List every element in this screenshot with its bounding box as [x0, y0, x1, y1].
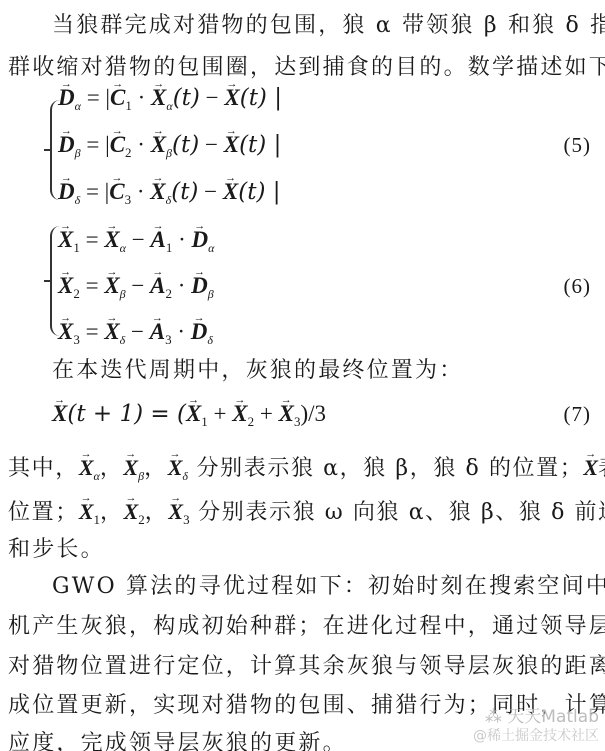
paragraph-1-line-1: 当狼群完成对猎物的包围，狼 α 带领狼 β 和狼 δ 指导狼 — [52, 12, 597, 40]
comma: ， — [100, 456, 124, 481]
minus-operator: − — [126, 273, 150, 298]
dot-operator: · — [172, 227, 191, 252]
paragraph-4-line-2: 机产生灰狼，构成初始种群；在进化过程中，通过领导层灰狼 — [8, 613, 597, 641]
text: 表示灰狼 — [598, 456, 605, 481]
vector-x: X — [52, 400, 67, 428]
subscript: α — [208, 241, 214, 255]
equals-sign: = — [80, 227, 104, 252]
vector-c: C — [109, 178, 124, 206]
vector-x: X — [168, 454, 183, 482]
dot-operator: · — [131, 179, 150, 204]
watermark-brand: ⁂ 天天Matlab — [473, 707, 599, 727]
vector-x: X — [279, 400, 294, 428]
vector-x: X — [79, 498, 94, 526]
vector-x: X — [224, 131, 239, 159]
vector-x: X — [583, 454, 598, 482]
dot-operator: · — [172, 319, 191, 344]
vector-x: X — [104, 226, 119, 254]
paragraph-3-line-2: 位置；X1，X2，X3 分别表示狼 ω 向狼 α、狼 β、狼 δ 前进的方向 — [8, 498, 597, 534]
vector-x: X — [223, 178, 238, 206]
vector-d: D — [191, 318, 208, 346]
vector-x: X — [232, 400, 247, 428]
equals-sign: = — [80, 273, 104, 298]
time-arg-abs: (t) | — [238, 179, 280, 205]
vector-d: D — [58, 178, 75, 206]
vector-x: X — [123, 454, 138, 482]
time-arg-abs: (t) | — [240, 85, 282, 111]
text: 其中， — [8, 456, 79, 481]
vector-x: X — [124, 498, 139, 526]
vector-d: D — [58, 84, 75, 112]
vector-x: X — [186, 400, 201, 428]
paragraph-4-line-1: GWO 算法的寻优过程如下：初始时刻在搜索空间中随 — [52, 573, 597, 601]
equation-number-6: (6) — [564, 272, 592, 300]
plus-operator: + — [254, 401, 278, 426]
equals-abs: = | — [81, 85, 110, 110]
comma: ， — [100, 500, 124, 525]
dot-operator: · — [132, 132, 151, 157]
vector-c: C — [110, 131, 125, 159]
eq5-row-2: Dβ = |C2 · Xβ(t) − X(t) | — [58, 131, 281, 167]
vector-x: X — [151, 84, 166, 112]
vector-x: X — [79, 454, 94, 482]
paragraph-1-line-2: 群收缩对猎物的包围圈，达到捕食的目的。数学描述如下： — [8, 54, 597, 82]
brace-tip-eq6 — [44, 280, 52, 282]
vector-x: X — [224, 84, 239, 112]
text: 分别表示狼 α，狼 β，狼 δ 的位置； — [188, 456, 583, 481]
minus-operator: − — [198, 179, 222, 204]
paragraph-2: 在本迭代周期中，灰狼的最终位置为： — [52, 357, 597, 385]
eq6-row-2: X2 = Xβ − A2 · Dβ — [58, 272, 214, 308]
vector-x: X — [104, 318, 119, 346]
eq6-row-3: X3 = Xδ − A3 · Dδ — [58, 318, 213, 354]
eq7-tail: )/3 — [300, 401, 326, 426]
text: 位置； — [8, 500, 79, 525]
subscript: δ — [207, 333, 213, 347]
vector-d: D — [191, 226, 208, 254]
equals-abs: = | — [80, 179, 109, 204]
comma: ， — [144, 456, 168, 481]
subscript: β — [208, 287, 214, 301]
eq5-row-1: Dα = |C1 · Xα(t) − X(t) | — [58, 84, 282, 120]
vector-a: A — [150, 272, 165, 300]
vector-d: D — [191, 272, 208, 300]
eq6-row-1: X1 = Xα − A1 · Dα — [58, 226, 214, 262]
vector-x: X — [104, 272, 119, 300]
vector-d: D — [58, 131, 75, 159]
vector-c: C — [110, 84, 125, 112]
vector-x: X — [150, 178, 165, 206]
vector-x: X — [151, 131, 166, 159]
equation-number-5: (5) — [564, 131, 592, 159]
time-arg: (t) — [173, 85, 200, 111]
minus-operator: − — [125, 319, 149, 344]
plus-operator: + — [208, 401, 232, 426]
watermark: ⁂ 天天Matlab @稀土掘金技术社区 — [473, 707, 599, 745]
dot-operator: · — [132, 85, 151, 110]
vector-a: A — [150, 318, 165, 346]
time-arg-abs: (t) | — [239, 132, 281, 158]
equals-sign: = — [80, 319, 104, 344]
paragraph-3-line-3: 和步长。 — [8, 536, 597, 564]
vector-a: A — [150, 226, 165, 254]
brace-tip-eq5 — [44, 149, 52, 151]
time-arg: (t) — [171, 179, 198, 205]
comma: ， — [145, 500, 169, 525]
eq7-lhs-arg: (t + 1) = ( — [67, 401, 186, 427]
equals-abs: = | — [81, 132, 110, 157]
paragraph-4-line-3: 对猎物位置进行定位，计算其余灰狼与领导层灰狼的距离，完 — [8, 653, 597, 681]
dot-operator: · — [172, 273, 191, 298]
time-arg: (t) — [172, 132, 199, 158]
vector-x: X — [168, 498, 183, 526]
vector-x: X — [58, 272, 73, 300]
equation-number-7: (7) — [564, 400, 592, 428]
eq7-expression: X(t + 1) = (X1 + X2 + X3)/3 — [52, 400, 326, 436]
watermark-source: @稀土掘金技术社区 — [473, 727, 599, 745]
minus-operator: − — [199, 132, 223, 157]
vector-x: X — [58, 226, 73, 254]
minus-operator: − — [200, 85, 224, 110]
minus-operator: − — [126, 227, 150, 252]
vector-x: X — [58, 318, 73, 346]
eq5-row-3: Dδ = |C3 · Xδ(t) − X(t) | — [58, 178, 281, 214]
text: 分别表示狼 ω 向狼 α、狼 β、狼 δ 前进的方向 — [190, 500, 605, 525]
paragraph-3-line-1: 其中，Xα，Xβ，Xδ 分别表示狼 α，狼 β，狼 δ 的位置；X表示灰狼 — [8, 454, 597, 490]
